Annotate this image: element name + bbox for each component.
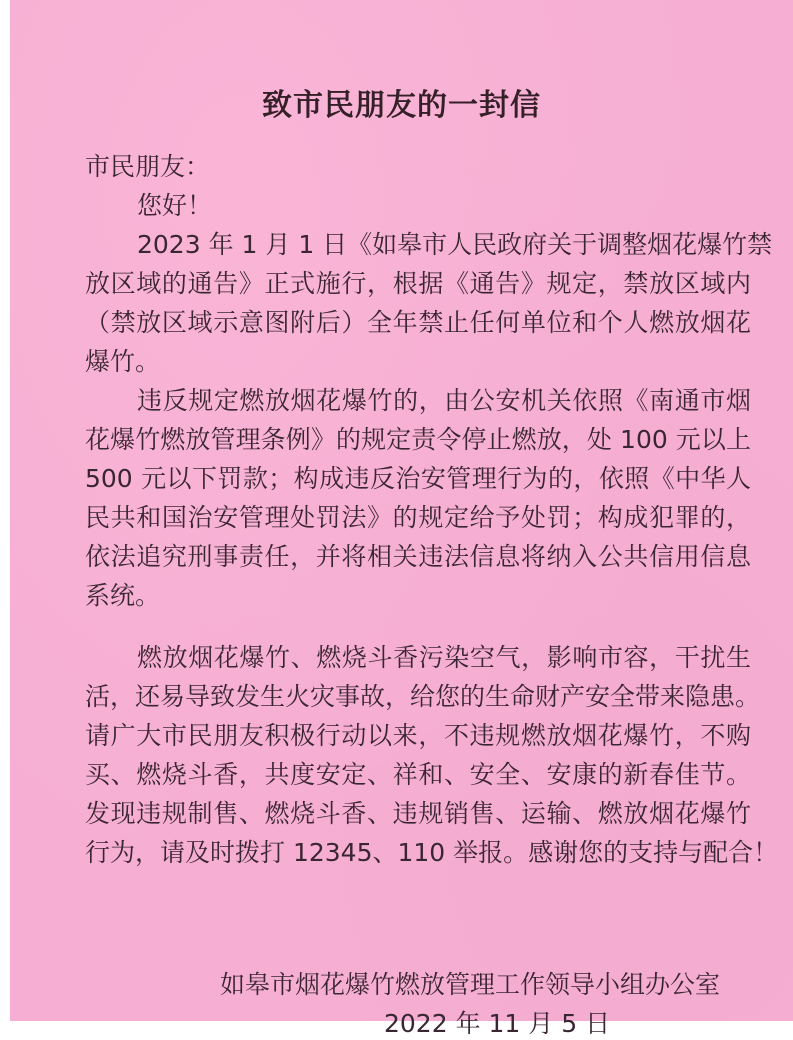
paragraph-line: 2023 年 1 月 1 日《如皋市人民政府关于调整烟花爆竹禁	[85, 225, 751, 264]
paragraph-line: 系统。	[85, 576, 751, 615]
paragraph-line: 买、燃烧斗香，共度安定、祥和、安全、安康的新春佳节。	[85, 755, 751, 794]
paragraph-line: 请广大市民朋友积极行动以来，不违规燃放烟花爆竹，不购	[85, 716, 751, 755]
paragraph-line: 500 元以下罚款；构成违反治安管理行为的，依照《中华人	[85, 459, 751, 498]
salutation: 市民朋友：	[85, 147, 751, 186]
paragraph-line: 活，还易导致发生火灾事故，给您的生命财产安全带来隐患。	[85, 677, 751, 716]
paragraph-line: 违反规定燃放烟花爆竹的，由公安机关依照《南通市烟	[85, 381, 751, 420]
paragraph-penalties: 违反规定燃放烟花爆竹的，由公安机关依照《南通市烟 花爆竹燃放管理条例》的规定责令…	[85, 381, 751, 615]
paragraph-line: 爆竹。	[85, 342, 751, 381]
paragraph-appeal: 燃放烟花爆竹、燃烧斗香污染空气，影响市容，干扰生 活，还易导致发生火灾事故，给您…	[85, 638, 751, 872]
paragraph-line: 放区域的通告》正式施行，根据《通告》规定，禁放区域内	[85, 264, 751, 303]
letter-page: 致市民朋友的一封信 市民朋友： 您好！ 2023 年 1 月 1 日《如皋市人民…	[10, 0, 793, 1021]
paragraph-line: 行为，请及时拨打 12345、110 举报。感谢您的支持与配合！	[85, 833, 751, 872]
signature-date: 2022 年 11 月 5 日	[384, 1004, 610, 1021]
paragraph-line: （禁放区域示意图附后）全年禁止任何单位和个人燃放烟花	[85, 303, 751, 342]
signature-office: 如皋市烟花爆竹燃放管理工作领导小组办公室	[220, 965, 720, 1001]
paragraph-line: 燃放烟花爆竹、燃烧斗香污染空气，影响市容，干扰生	[85, 638, 751, 677]
paragraph-line: 发现违规制售、燃烧斗香、违规销售、运输、燃放烟花爆竹	[85, 794, 751, 833]
paragraph-notice: 2023 年 1 月 1 日《如皋市人民政府关于调整烟花爆竹禁 放区域的通告》正…	[85, 225, 751, 381]
letter-body: 市民朋友： 您好！ 2023 年 1 月 1 日《如皋市人民政府关于调整烟花爆竹…	[85, 145, 751, 872]
paragraph-line: 花爆竹燃放管理条例》的规定责令停止燃放，处 100 元以上	[85, 420, 751, 459]
letter-title: 致市民朋友的一封信	[10, 80, 793, 124]
paragraph-line: 民共和国治安管理处罚法》的规定给予处罚；构成犯罪的，	[85, 498, 751, 537]
paragraph-line: 依法追究刑事责任，并将相关违法信息将纳入公共信用信息	[85, 537, 751, 576]
greeting: 您好！	[85, 186, 751, 225]
